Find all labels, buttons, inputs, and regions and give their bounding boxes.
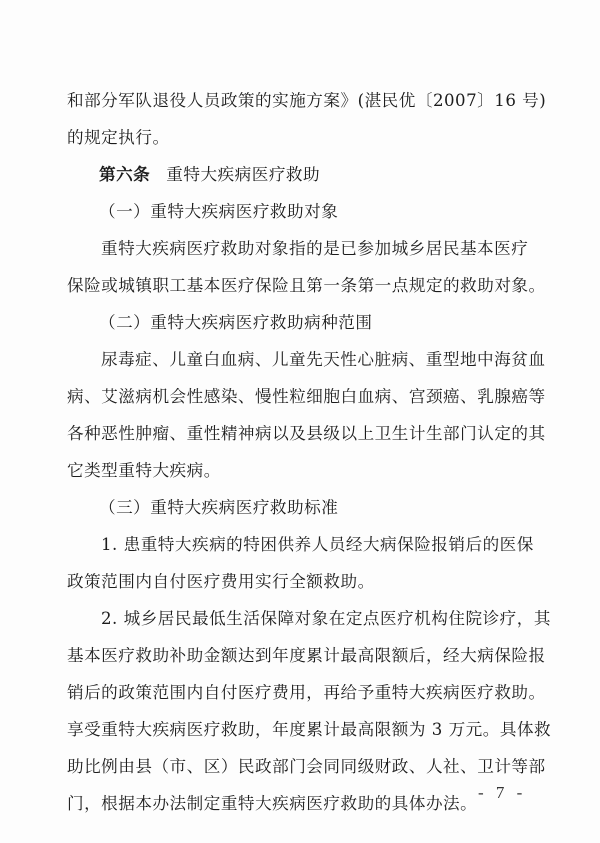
paragraph-line: 保险或城镇职工基本医疗保险且第一条第一点规定的救助对象。 [67, 273, 523, 299]
article-title: 重特大疾病医疗救助 [166, 165, 320, 184]
paragraph-line: 的规定执行。 [67, 125, 523, 151]
section-heading: （三）重特大疾病医疗救助标准 [67, 495, 523, 521]
paragraph-line: 门，根据本办法制定重特大疾病医疗救助的具体办法。 [67, 791, 523, 817]
paragraph-line: 助比例由县（市、区）民政部门会同同级财政、人社、卫计等部 [67, 754, 523, 780]
paragraph-line: 销后的政策范围内自付医疗费用，再给予重特大疾病医疗救助。 [67, 680, 523, 706]
page-number: - 7 - [478, 783, 526, 803]
section-heading: （二）重特大疾病医疗救助病种范围 [67, 310, 523, 336]
paragraph-line: 基本医疗救助补助金额达到年度累计最高限额后，经大病保险报 [67, 643, 523, 669]
article-heading: 第六条重特大疾病医疗救助 [67, 162, 523, 188]
paragraph-line: 病、艾滋病机会性感染、慢性粒细胞白血病、宫颈癌、乳腺癌等 [67, 384, 523, 410]
paragraph-line: 政策范围内自付医疗费用实行全额救助。 [67, 569, 523, 595]
document-page: 和部分军队退役人员政策的实施方案》(湛民优〔2007〕16 号) 的规定执行。 … [0, 0, 600, 843]
article-label: 第六条 [99, 165, 150, 184]
paragraph-line: 2. 城乡居民最低生活保障对象在定点医疗机构住院诊疗，其 [67, 606, 523, 632]
paragraph-line: 重特大疾病医疗救助对象指的是已参加城乡居民基本医疗 [67, 236, 523, 262]
paragraph-line: 尿毒症、儿童白血病、儿童先天性心脏病、重型地中海贫血 [67, 347, 523, 373]
section-heading: （一）重特大疾病医疗救助对象 [67, 199, 523, 225]
paragraph-line: 1. 患重特大疾病的特困供养人员经大病保险报销后的医保 [67, 532, 523, 558]
paragraph-line: 各种恶性肿瘤、重性精神病以及县级以上卫生计生部门认定的其 [67, 421, 523, 447]
paragraph-line: 它类型重特大疾病。 [67, 458, 523, 484]
paragraph-line: 和部分军队退役人员政策的实施方案》(湛民优〔2007〕16 号) [67, 88, 523, 114]
paragraph-line: 享受重特大疾病医疗救助，年度累计最高限额为 3 万元。具体救 [67, 717, 523, 743]
